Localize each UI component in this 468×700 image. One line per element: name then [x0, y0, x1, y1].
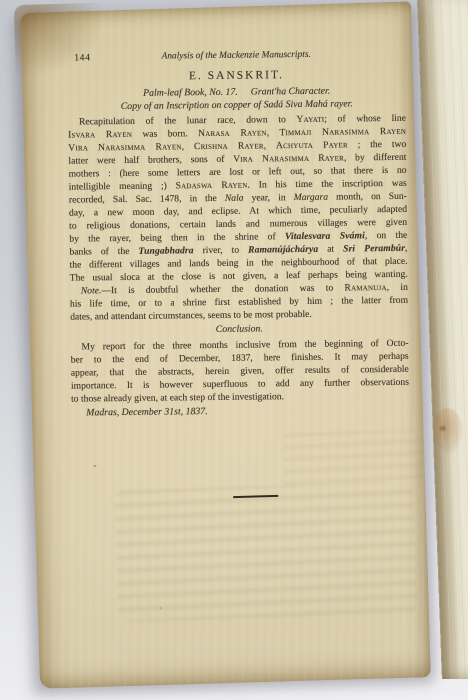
running-title: Analysis of the Mackenzie Manuscripts. — [67, 48, 405, 65]
page-content: 144 Analysis of the Mackenzie Manuscript… — [67, 48, 410, 500]
page-number: 144 — [74, 51, 90, 64]
foxing-stain — [432, 408, 464, 454]
signature-line: Madras, December 31st, 1837. — [71, 403, 409, 420]
conclusion-heading: Conclusion. — [70, 321, 408, 338]
show-through-ghost-text — [114, 482, 418, 623]
page-header: 144 Analysis of the Mackenzie Manuscript… — [67, 48, 405, 65]
subheading-character: Grant'ha Character. — [251, 86, 331, 98]
paragraph-1: Recapitulation of the lunar race, down t… — [68, 112, 408, 324]
paper-speck — [160, 607, 162, 609]
description-line: Copy of an Inscription on copper of Sadá… — [68, 96, 406, 112]
photo-backdrop: 144 Analysis of the Mackenzie Manuscript… — [0, 0, 468, 700]
paragraph-2: My report for the three months inclusive… — [70, 337, 409, 406]
book-page: 144 Analysis of the Mackenzie Manuscript… — [20, 1, 431, 688]
subheading-book: Palm-leaf Book, No. 17. — [143, 87, 238, 99]
section-heading: E. SANSKRIT. — [67, 68, 405, 85]
